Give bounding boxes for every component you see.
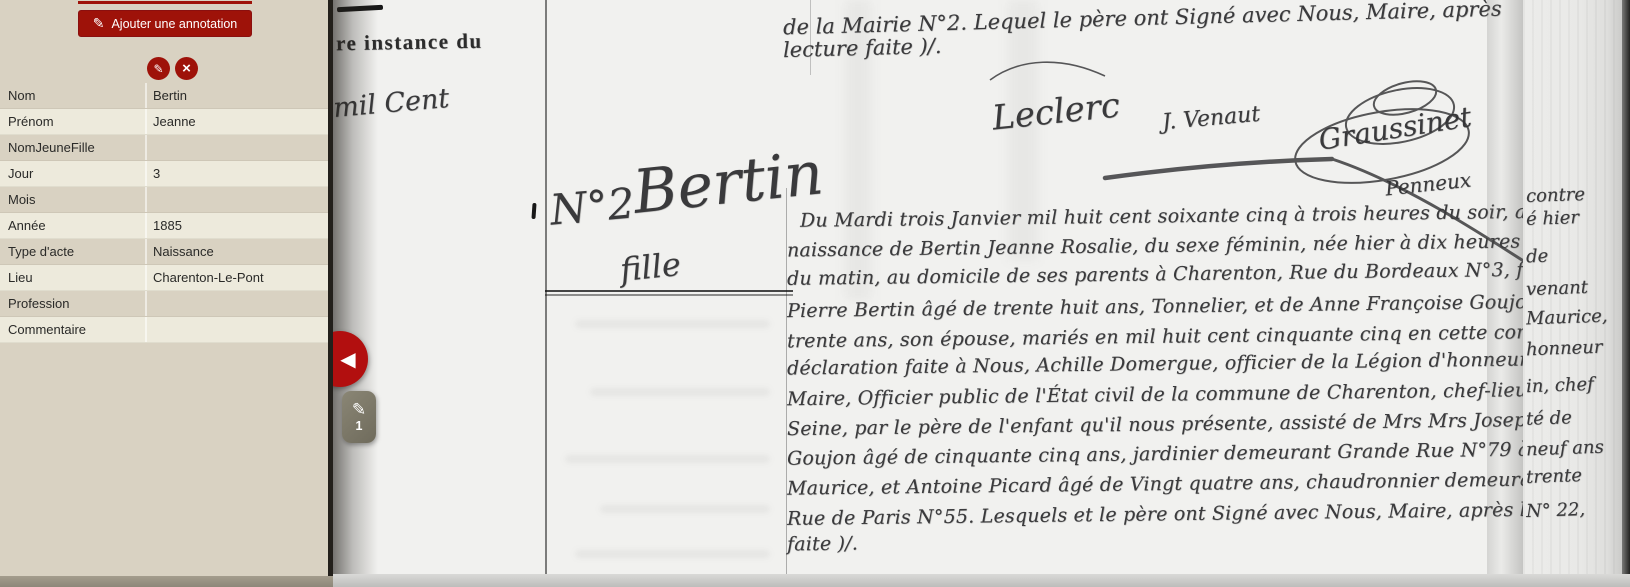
field-row-commentaire[interactable]: Commentaire — [0, 317, 328, 343]
separator-rule-top — [545, 290, 793, 292]
act-body-line: faite )/. — [787, 533, 858, 556]
field-label: NomJeuneFille — [0, 140, 145, 155]
field-value — [145, 135, 328, 160]
adjacent-page-fragment: contre — [1526, 184, 1586, 207]
field-row-prenom[interactable]: Prénom Jeanne — [0, 109, 328, 135]
book-binding-edge — [1622, 0, 1630, 587]
field-label: Commentaire — [0, 322, 145, 337]
margin-act-note: fille — [618, 245, 682, 289]
margin-act-surname: Bertin — [630, 138, 827, 228]
act-body-line: du matin, au domicile de ses parents à C… — [787, 258, 1584, 290]
adjacent-page-fragment: é hier — [1526, 207, 1580, 230]
accent-top-line — [78, 1, 252, 4]
adjacent-page-fragment: trente — [1526, 465, 1583, 488]
close-icon: × — [182, 60, 191, 77]
annotation-marker-badge[interactable]: ✎ 1 — [342, 391, 376, 443]
field-value: Jeanne — [145, 109, 328, 134]
field-value: 3 — [145, 161, 328, 186]
signature: J. Venaut — [1161, 102, 1261, 135]
field-value: Bertin — [145, 83, 328, 108]
act-body-line: naissance de Bertin Jeanne Rosalie, du s… — [787, 231, 1521, 262]
adjacent-page-fragment: de — [1526, 246, 1549, 268]
add-annotation-label: Ajouter une annotation — [111, 17, 237, 31]
field-value: Charenton-Le-Pont — [145, 265, 328, 290]
field-row-type-acte[interactable]: Type d'acte Naissance — [0, 239, 328, 265]
field-label: Profession — [0, 296, 145, 311]
ink-bleed — [565, 455, 770, 463]
close-annotation-button[interactable]: × — [175, 57, 198, 80]
ink-spot — [531, 203, 536, 219]
closing-line: lecture faite )/. — [783, 34, 942, 62]
field-label: Prénom — [0, 114, 145, 129]
field-label: Année — [0, 218, 145, 233]
field-value — [145, 317, 328, 342]
act-body-line: Du Mardi trois Janvier mil huit cent soi… — [800, 200, 1587, 232]
adjacent-page-fragment: neuf ans — [1526, 437, 1604, 461]
closing-line: de la Mairie N°2. Lequel le père ont Sig… — [783, 0, 1502, 39]
adjacent-page-fragment: in, chef — [1526, 374, 1594, 397]
adjacent-page-fragment: té de — [1526, 407, 1573, 430]
page-bottom-edge — [333, 574, 1630, 587]
field-label: Lieu — [0, 270, 145, 285]
annotation-count: 1 — [356, 420, 363, 433]
add-annotation-button[interactable]: ✎ Ajouter une annotation — [78, 10, 252, 37]
field-value — [145, 291, 328, 316]
edit-pencil-icon: ✎ — [153, 62, 163, 76]
document-left-shadow — [332, 0, 378, 587]
act-body-line: Maurice, et Antoine Picard âgé de Vingt … — [787, 468, 1552, 499]
field-label: Jour — [0, 166, 145, 181]
adjacent-page-fragment: Maurice, — [1526, 306, 1608, 330]
field-row-jour[interactable]: Jour 3 — [0, 161, 328, 187]
field-row-nomjeunefille[interactable]: NomJeuneFille — [0, 135, 328, 161]
field-label: Mois — [0, 192, 145, 207]
field-label: Type d'acte — [0, 244, 145, 259]
signature: Graussinet — [1316, 100, 1473, 157]
app-window: re instance du mil Cent de la Mairie N°2… — [0, 0, 1630, 587]
field-row-lieu[interactable]: Lieu Charenton-Le-Pont — [0, 265, 328, 291]
ink-bleed — [575, 550, 770, 558]
field-row-mois[interactable]: Mois — [0, 187, 328, 213]
margin-act-number: N°2 — [548, 178, 636, 234]
ink-bleed — [600, 505, 770, 513]
annotation-sidebar: ✎ Ajouter une annotation ✎ × Nom Bertin … — [0, 0, 333, 587]
ink-bleed — [590, 388, 770, 396]
act-body-line: Goujon âgé de cinquante cinq ans, jardin… — [787, 438, 1557, 469]
annotation-fields-table: Nom Bertin Prénom Jeanne NomJeuneFille J… — [0, 83, 328, 343]
adjacent-page-fragment: honneur — [1526, 337, 1603, 361]
bottom-edge-strip — [0, 576, 333, 587]
pencil-icon: ✎ — [93, 16, 105, 30]
field-row-profession[interactable]: Profession — [0, 291, 328, 317]
field-row-nom[interactable]: Nom Bertin — [0, 83, 328, 109]
separator-rule-bottom — [545, 294, 793, 296]
adjacent-page-fragment: N° 22, — [1526, 499, 1586, 522]
act-body-line: déclaration faite à Nous, Achille Domerg… — [787, 348, 1533, 379]
ink-bleed — [575, 320, 770, 328]
pencil-icon: ✎ — [352, 401, 366, 418]
act-body-line: Rue de Paris N°55. Lesquels et le père o… — [787, 498, 1590, 530]
arrow-left-icon: ◀ — [340, 347, 355, 372]
field-value: 1885 — [145, 213, 328, 238]
edit-annotation-button[interactable]: ✎ — [147, 57, 170, 80]
signature: Penneux — [1384, 168, 1472, 201]
adjacent-page-fragment: venant — [1526, 277, 1589, 300]
field-value — [145, 187, 328, 212]
field-row-annee[interactable]: Année 1885 — [0, 213, 328, 239]
field-value: Naissance — [145, 239, 328, 264]
page-fold-shadow — [1487, 0, 1523, 587]
field-label: Nom — [0, 88, 145, 103]
